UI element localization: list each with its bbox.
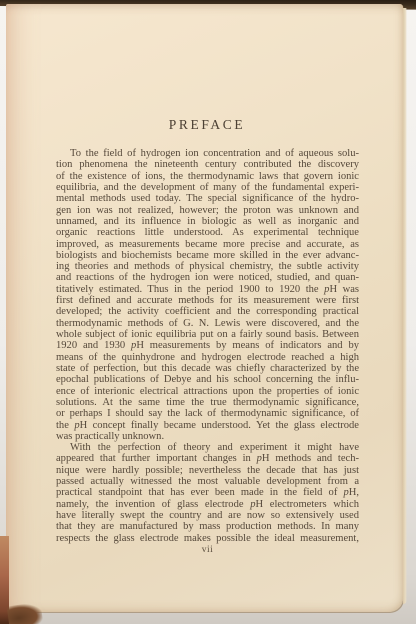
text-line: that they are manufactured by mass produ…	[56, 521, 359, 532]
italic-p: p	[257, 453, 262, 464]
text-line: practical standpoint that has ever been …	[56, 487, 359, 498]
italic-p: p	[250, 499, 255, 510]
text-line: mental methods used today. The special s…	[56, 193, 359, 204]
text-line: epochal publications of Debye and his sc…	[56, 374, 359, 385]
text-line: unnamed, and its influence in biologic a…	[56, 216, 359, 227]
text-line: appeared that further important changes …	[56, 453, 359, 464]
text-line: whole subject of ionic equilibria put on…	[56, 329, 359, 340]
text-line: nique were hardly possible; nevertheless…	[56, 465, 359, 476]
text-line: state of perfection, but this decade was…	[56, 363, 359, 374]
text-line: namely, the invention of glass electrode…	[56, 499, 359, 510]
text-line: solutions. At the same time the true the…	[56, 397, 359, 408]
text-line: ing theories and methods of physical che…	[56, 261, 359, 272]
page-number: vii	[56, 545, 359, 555]
text-line: thermodynamic methods of G. N. Lewis wer…	[56, 318, 359, 329]
text-line: the pH concept finally became understood…	[56, 420, 359, 431]
stacked-page-edges	[403, 8, 407, 604]
text-line: 1920 and 1930 pH measurements by means o…	[56, 340, 359, 351]
text-line: ence of interionic electrical attraction…	[56, 386, 359, 397]
italic-p: p	[74, 420, 79, 431]
text-line: biologists and biochemists became more s…	[56, 250, 359, 261]
text-line: developed; the activity coefficient and …	[56, 306, 359, 317]
text-line: and reactions of the hydrogen ion were n…	[56, 272, 359, 283]
book-page: PREFACE To the field of hydrogen ion con…	[6, 4, 403, 612]
text-line: have literally swept the country and are…	[56, 510, 359, 521]
text-line: To the field of hydrogen ion concentrati…	[56, 148, 359, 159]
text-line: titatively estimated. Thus in the period…	[56, 284, 359, 295]
text-line: With the perfection of theory and experi…	[56, 442, 359, 453]
text-line: of the existence of ions, the thermodyna…	[56, 171, 359, 182]
preface-body-text: To the field of hydrogen ion concentrati…	[56, 148, 359, 544]
book-photo: PREFACE To the field of hydrogen ion con…	[0, 0, 416, 624]
italic-p: p	[324, 284, 329, 295]
text-line: gen ion was not realized, however; the p…	[56, 205, 359, 216]
text-line: first defined and accurate methods for i…	[56, 295, 359, 306]
page-title: PREFACE	[56, 117, 358, 133]
text-line: means of the quinhydrone and hydrogen el…	[56, 352, 359, 363]
text-line: passed actually witnessed the most valua…	[56, 476, 359, 487]
text-line: respects the glass electrode makes possi…	[56, 533, 359, 544]
text-line: equilibria, and the development of many …	[56, 182, 359, 193]
book-cover-corner	[7, 602, 44, 624]
italic-p: p	[343, 487, 348, 498]
text-line: tion phenomena the nineteenth century co…	[56, 159, 359, 170]
text-line: or perhaps I should say the lack of ther…	[56, 408, 359, 419]
text-line: was practically unknown.	[56, 431, 359, 442]
text-line: improved, as measurements became more pr…	[56, 239, 359, 250]
text-line: organic reactions little understood. As …	[56, 227, 359, 238]
italic-p: p	[131, 340, 136, 351]
